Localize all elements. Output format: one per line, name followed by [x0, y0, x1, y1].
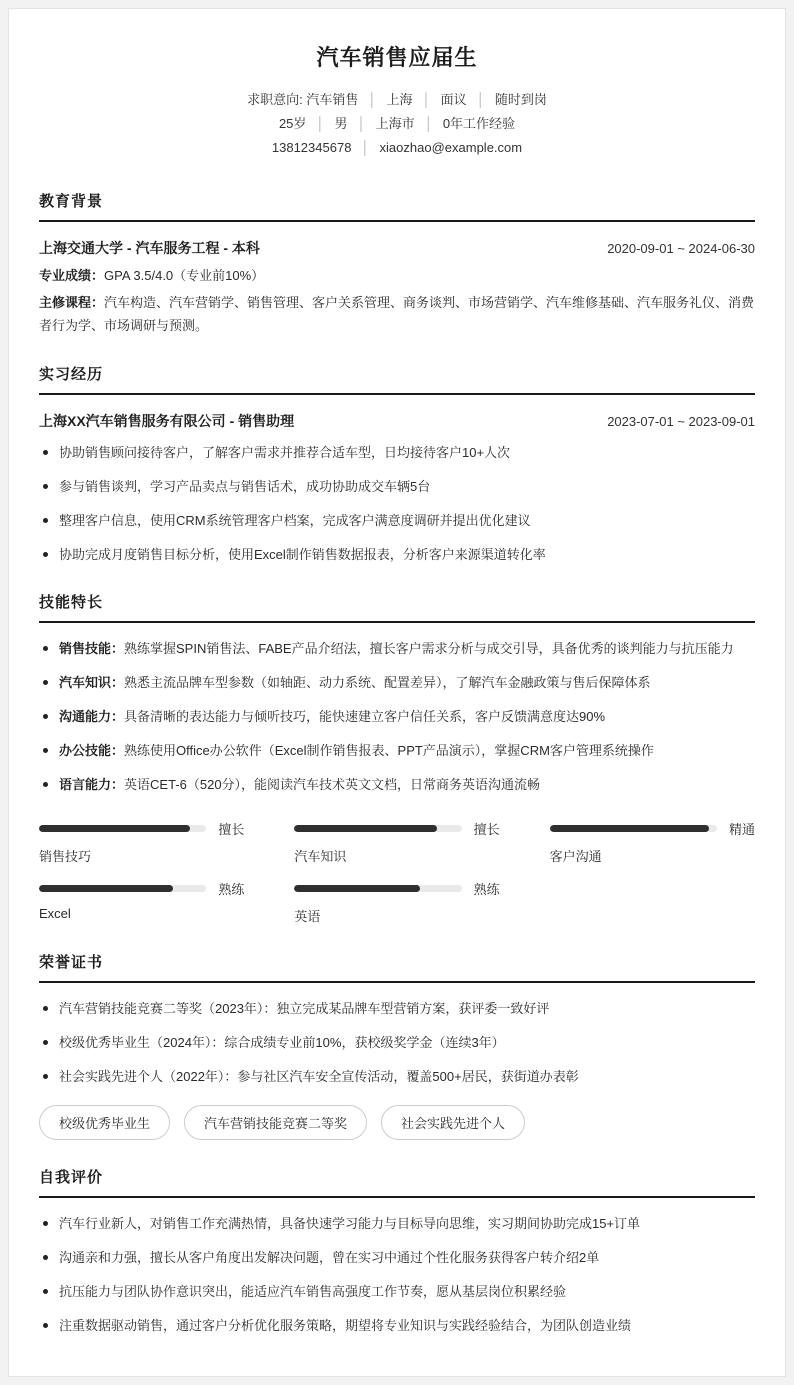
- skill-level-label: 精通: [729, 819, 755, 838]
- skill-text: 熟练掌握SPIN销售法、FABE产品介绍法，擅长客户需求分析与成交引导，具备优秀…: [124, 641, 734, 656]
- skill-label: 汽车知识：: [59, 675, 124, 690]
- location: 上海市: [376, 116, 415, 131]
- age: 25岁: [279, 116, 306, 131]
- job-city: 上海: [387, 92, 413, 107]
- honor-bullet: 汽车营销技能竞赛二等奖（2023年）：独立完成某品牌车型营销方案，获评委一致好评: [59, 999, 549, 1019]
- work-experience: 0年工作经验: [443, 116, 515, 131]
- self-eval-bullet: 注重数据驱动销售，通过客户分析优化服务策略，期望将专业知识与实践经验结合，为团队…: [59, 1316, 631, 1336]
- section-skills: 技能特长 销售技能：熟练掌握SPIN销售法、FABE产品介绍法，擅长客户需求分析…: [39, 591, 755, 925]
- skill-name-label: 客户沟通: [550, 846, 755, 865]
- bullet-icon: [43, 748, 48, 753]
- list-item: 沟通亲和力强，擅长从客户角度出发解决问题，曾在实习中通过个性化服务获得客户转介绍…: [43, 1248, 755, 1268]
- skill-label: 语言能力：: [59, 777, 124, 792]
- separator: │: [477, 92, 485, 107]
- honor-bullet: 社会实践先进个人（2022年）：参与社区汽车安全宣传活动，覆盖500+居民，获街…: [59, 1067, 579, 1087]
- skill-bars-grid: 擅长 销售技巧 擅长 汽车知识 精通 客户沟通: [39, 819, 755, 925]
- skill-text: 具备清晰的表达能力与倾听技巧，能快速建立客户信任关系，客户反馈满意度达90%: [124, 709, 605, 724]
- skill-level-label: 擅长: [474, 819, 500, 838]
- separator: │: [425, 116, 433, 131]
- skill-bullet: 沟通能力：具备清晰的表达能力与倾听技巧，能快速建立客户信任关系，客户反馈满意度达…: [59, 707, 605, 727]
- section-honors: 荣誉证书 汽车营销技能竞赛二等奖（2023年）：独立完成某品牌车型营销方案，获评…: [39, 951, 755, 1140]
- bullet-icon: [43, 1221, 48, 1226]
- skill-name-label: 销售技巧: [39, 846, 244, 865]
- self-eval-bullet: 抗压能力与团队协作意识突出，能适应汽车销售高强度工作节奏，愿从基层岗位积累经验: [59, 1282, 566, 1302]
- gpa-line: 专业成绩：GPA 3.5/4.0（专业前10%）: [39, 264, 755, 287]
- contact-line: 13812345678│xiaozhao@example.com: [39, 136, 755, 160]
- skill-level-label: 熟练: [218, 879, 244, 898]
- list-item: 汽车营销技能竞赛二等奖（2023年）：独立完成某品牌车型营销方案，获评委一致好评: [43, 999, 755, 1019]
- phone-number: 13812345678: [272, 140, 352, 155]
- skill-bar: 熟练 英语: [294, 879, 499, 925]
- skill-bar-track: [294, 885, 461, 892]
- honor-bullet: 校级优秀毕业生（2024年）：综合成绩专业前10%，获校级奖学金（连续3年）: [59, 1033, 505, 1053]
- self-eval-bullet: 汽车行业新人，对销售工作充满热情，具备快速学习能力与目标导向思维，实习期间协助完…: [59, 1214, 640, 1234]
- list-item: 汽车知识：熟悉主流品牌车型参数（如轴距、动力系统、配置差异），了解汽车金融政策与…: [43, 673, 755, 693]
- bullet-icon: [43, 1323, 48, 1328]
- availability: 随时到岗: [495, 92, 547, 107]
- list-item: 办公技能：熟练使用Office办公软件（Excel制作销售报表、PPT产品演示）…: [43, 741, 755, 761]
- bullet-icon: [43, 1006, 48, 1011]
- bullet-icon: [43, 552, 48, 557]
- bullet-icon: [43, 450, 48, 455]
- skill-text: 英语CET-6（520分），能阅读汽车技术英文文档，日常商务英语沟通流畅: [124, 777, 540, 792]
- list-item: 社会实践先进个人（2022年）：参与社区汽车安全宣传活动，覆盖500+居民，获街…: [43, 1067, 755, 1087]
- resume-page: 汽车销售应届生 求职意向: 汽车销售│上海│面议│随时到岗 25岁│男│上海市│…: [8, 8, 786, 1377]
- gpa-value: GPA 3.5/4.0（专业前10%）: [104, 268, 264, 283]
- bullet-icon: [43, 1255, 48, 1260]
- bullet-icon: [43, 680, 48, 685]
- job-intent: 求职意向: 汽车销售: [247, 92, 358, 107]
- section-title-internship: 实习经历: [39, 363, 755, 395]
- honor-badge: 汽车营销技能竞赛二等奖: [184, 1105, 367, 1140]
- bullet-icon: [43, 646, 48, 651]
- skill-name-label: 英语: [294, 906, 499, 925]
- section-title-education: 教育背景: [39, 190, 755, 222]
- skill-text: 熟练使用Office办公软件（Excel制作销售报表、PPT产品演示），掌握CR…: [124, 743, 654, 758]
- skill-bullet: 办公技能：熟练使用Office办公软件（Excel制作销售报表、PPT产品演示）…: [59, 741, 654, 761]
- internship-bullet: 协助销售顾问接待客户，了解客户需求并推荐合适车型，日均接待客户10+人次: [59, 443, 510, 463]
- skill-bar-track: [39, 825, 206, 832]
- section-title-honors: 荣誉证书: [39, 951, 755, 983]
- list-item: 汽车行业新人，对销售工作充满热情，具备快速学习能力与目标导向思维，实习期间协助完…: [43, 1214, 755, 1234]
- courses-value: 汽车构造、汽车营销学、销售管理、客户关系管理、商务谈判、市场营销学、汽车维修基础…: [39, 295, 754, 333]
- internship-bullet: 整理客户信息，使用CRM系统管理客户档案，完成客户满意度调研并提出优化建议: [59, 511, 531, 531]
- section-education: 教育背景 上海交通大学 - 汽车服务工程 - 本科 2020-09-01 ~ 2…: [39, 190, 755, 337]
- skill-bar-track: [39, 885, 206, 892]
- list-item: 协助完成月度销售目标分析，使用Excel制作销售数据报表，分析客户来源渠道转化率: [43, 545, 755, 565]
- bullet-icon: [43, 1074, 48, 1079]
- gpa-label: 专业成绩：: [39, 268, 104, 283]
- skill-bullet: 销售技能：熟练掌握SPIN销售法、FABE产品介绍法，擅长客户需求分析与成交引导…: [59, 639, 734, 659]
- internship-bullet: 协助完成月度销售目标分析，使用Excel制作销售数据报表，分析客户来源渠道转化率: [59, 545, 546, 565]
- skill-bullet: 汽车知识：熟悉主流品牌车型参数（如轴距、动力系统、配置差异），了解汽车金融政策与…: [59, 673, 651, 693]
- section-title-skills: 技能特长: [39, 591, 755, 623]
- skill-text: 熟悉主流品牌车型参数（如轴距、动力系统、配置差异），了解汽车金融政策与售后保障体…: [124, 675, 651, 690]
- skill-bar-fill: [550, 825, 709, 832]
- list-item: 销售技能：熟练掌握SPIN销售法、FABE产品介绍法，擅长客户需求分析与成交引导…: [43, 639, 755, 659]
- list-item: 协助销售顾问接待客户，了解客户需求并推荐合适车型，日均接待客户10+人次: [43, 443, 755, 463]
- internship-entry-header: 上海XX汽车销售服务有限公司 - 销售助理 2023-07-01 ~ 2023-…: [39, 411, 755, 431]
- skill-bar-track: [550, 825, 717, 832]
- skill-name-label: Excel: [39, 906, 244, 921]
- skill-bar: 擅长 销售技巧: [39, 819, 244, 865]
- skill-label: 销售技能：: [59, 641, 124, 656]
- skill-label: 沟通能力：: [59, 709, 124, 724]
- internship-bullet: 参与销售谈判，学习产品卖点与销售话术，成功协助成交车辆5台: [59, 477, 430, 497]
- skill-bar-track: [294, 825, 461, 832]
- section-self-evaluation: 自我评价 汽车行业新人，对销售工作充满热情，具备快速学习能力与目标导向思维，实习…: [39, 1166, 755, 1336]
- school-name: 上海交通大学 - 汽车服务工程 - 本科: [39, 238, 260, 258]
- bullet-icon: [43, 714, 48, 719]
- bullet-icon: [43, 1289, 48, 1294]
- skill-bar: 熟练 Excel: [39, 879, 244, 925]
- education-entry-header: 上海交通大学 - 汽车服务工程 - 本科 2020-09-01 ~ 2024-0…: [39, 238, 755, 258]
- skill-bullet: 语言能力：英语CET-6（520分），能阅读汽车技术英文文档，日常商务英语沟通流…: [59, 775, 540, 795]
- courses-label: 主修课程：: [39, 295, 104, 310]
- skill-bar: 擅长 汽车知识: [294, 819, 499, 865]
- section-internship: 实习经历 上海XX汽车销售服务有限公司 - 销售助理 2023-07-01 ~ …: [39, 363, 755, 565]
- courses-line: 主修课程：汽车构造、汽车营销学、销售管理、客户关系管理、商务谈判、市场营销学、汽…: [39, 291, 755, 337]
- section-title-self-evaluation: 自我评价: [39, 1166, 755, 1198]
- skill-level-label: 熟练: [474, 879, 500, 898]
- self-eval-bullet: 沟通亲和力强，擅长从客户角度出发解决问题，曾在实习中通过个性化服务获得客户转介绍…: [59, 1248, 599, 1268]
- skill-bar-fill: [39, 825, 190, 832]
- honor-badge: 校级优秀毕业生: [39, 1105, 170, 1140]
- skill-bar-fill: [39, 885, 173, 892]
- skill-bar-fill: [294, 825, 436, 832]
- bullet-icon: [43, 782, 48, 787]
- list-item: 抗压能力与团队协作意识突出，能适应汽车销售高强度工作节奏，愿从基层岗位积累经验: [43, 1282, 755, 1302]
- skill-bar-fill: [294, 885, 419, 892]
- job-intent-line: 求职意向: 汽车销售│上海│面议│随时到岗: [39, 88, 755, 112]
- resume-header: 汽车销售应届生 求职意向: 汽车销售│上海│面议│随时到岗 25岁│男│上海市│…: [39, 41, 755, 160]
- bullet-icon: [43, 518, 48, 523]
- gender: 男: [335, 116, 348, 131]
- list-item: 校级优秀毕业生（2024年）：综合成绩专业前10%，获校级奖学金（连续3年）: [43, 1033, 755, 1053]
- skill-bar-empty: [550, 879, 755, 925]
- skill-name-label: 汽车知识: [294, 846, 499, 865]
- separator: │: [358, 116, 366, 131]
- bullet-icon: [43, 1040, 48, 1045]
- skill-bar: 精通 客户沟通: [550, 819, 755, 865]
- page-title: 汽车销售应届生: [39, 41, 755, 72]
- bullet-icon: [43, 484, 48, 489]
- list-item: 沟通能力：具备清晰的表达能力与倾听技巧，能快速建立客户信任关系，客户反馈满意度达…: [43, 707, 755, 727]
- separator: │: [368, 92, 376, 107]
- honor-badge: 社会实践先进个人: [381, 1105, 525, 1140]
- company-name: 上海XX汽车销售服务有限公司 - 销售助理: [39, 411, 294, 431]
- internship-date-range: 2023-07-01 ~ 2023-09-01: [607, 414, 755, 429]
- separator: │: [316, 116, 324, 131]
- list-item: 语言能力：英语CET-6（520分），能阅读汽车技术英文文档，日常商务英语沟通流…: [43, 775, 755, 795]
- skill-level-label: 擅长: [218, 819, 244, 838]
- personal-info-line: 25岁│男│上海市│0年工作经验: [39, 112, 755, 136]
- email-address: xiaozhao@example.com: [380, 140, 523, 155]
- separator: │: [423, 92, 431, 107]
- education-date-range: 2020-09-01 ~ 2024-06-30: [607, 241, 755, 256]
- list-item: 整理客户信息，使用CRM系统管理客户档案，完成客户满意度调研并提出优化建议: [43, 511, 755, 531]
- list-item: 参与销售谈判，学习产品卖点与销售话术，成功协助成交车辆5台: [43, 477, 755, 497]
- skill-label: 办公技能：: [59, 743, 124, 758]
- list-item: 注重数据驱动销售，通过客户分析优化服务策略，期望将专业知识与实践经验结合，为团队…: [43, 1316, 755, 1336]
- separator: │: [361, 140, 369, 155]
- salary-expectation: 面议: [441, 92, 467, 107]
